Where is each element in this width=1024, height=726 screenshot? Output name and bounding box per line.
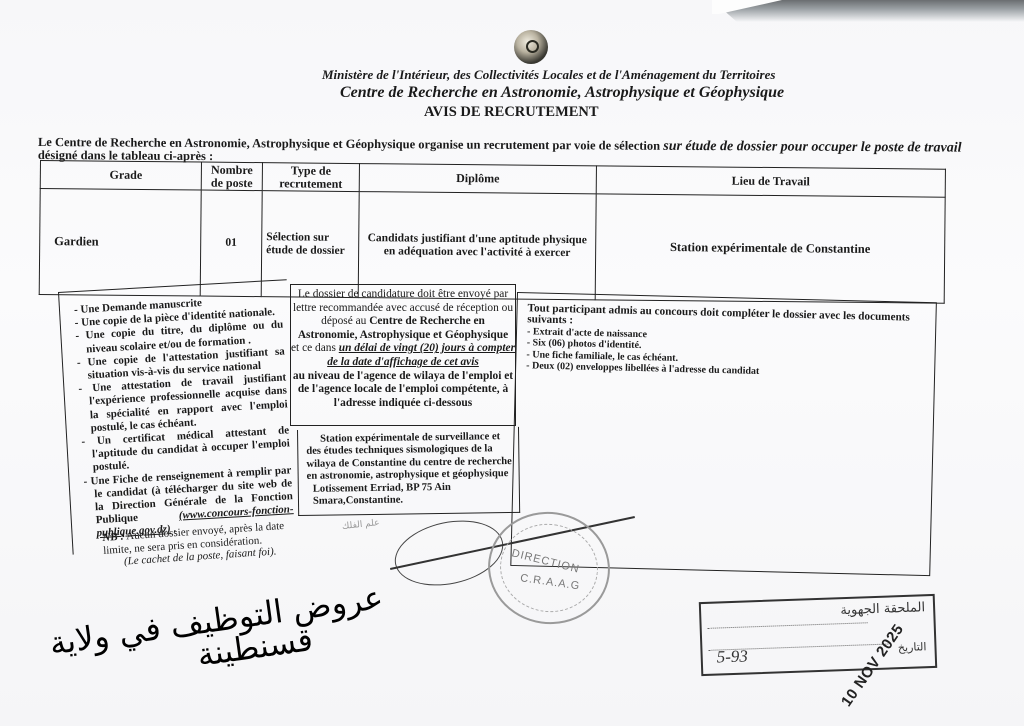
document-page: Ministère de l'Intérieur, des Collectivi… bbox=[0, 0, 1024, 726]
page-title: AVIS DE RECRUTEMENT bbox=[424, 104, 599, 121]
header-type: Type de recrutement bbox=[262, 163, 359, 192]
cell-lieu: Station expérimentale de Constantine bbox=[595, 194, 945, 303]
stamp-craag-text: C.R.A.A.G bbox=[519, 572, 580, 592]
registry-number: 5-93 bbox=[716, 646, 748, 667]
header-nombre: Nombre de poste bbox=[201, 162, 262, 191]
address-street: Lotissement Erriad, BP 75 Ain Smara,Cons… bbox=[307, 481, 513, 509]
ministry-heading: Ministère de l'Intérieur, des Collectivi… bbox=[322, 67, 775, 83]
header-lieu: Lieu de Travail bbox=[596, 166, 945, 197]
nb-label: NB : bbox=[102, 531, 124, 544]
submission-p2: et ce dans bbox=[291, 342, 339, 354]
centre-heading: Centre de Recherche en Astronomie, Astro… bbox=[340, 84, 784, 102]
registry-date-label: التاريخ bbox=[898, 640, 927, 654]
job-table: Grade Nombre de poste Type de recrutemen… bbox=[39, 160, 946, 304]
header-grade: Grade bbox=[40, 161, 201, 191]
oval-stamp-text: علم الفلك bbox=[342, 518, 380, 532]
header-diplome: Diplôme bbox=[359, 164, 596, 194]
admitted-documents-list: Extrait d'acte de naissance Six (06) pho… bbox=[526, 326, 927, 381]
submission-box: Le dossier de candidature doit être envo… bbox=[290, 284, 516, 426]
submission-deadline: un délai de vingt (20) jours à compter d… bbox=[327, 342, 515, 368]
required-documents-list: Une Demande manuscrite Une copie de la p… bbox=[60, 292, 301, 542]
address-station: Station expérimentale de surveillance et… bbox=[306, 431, 513, 483]
cell-grade: Gardien bbox=[39, 189, 201, 297]
registry-header: الملحقة الجهوية bbox=[840, 600, 925, 618]
national-emblem-icon bbox=[514, 30, 548, 64]
address-box: Station expérimentale de surveillance et… bbox=[297, 427, 520, 516]
required-documents-box: Une Demande manuscrite Une copie de la p… bbox=[58, 279, 301, 554]
submission-agency: au niveau de l'agence de wilaya de l'emp… bbox=[293, 370, 513, 409]
intro-italic: sur étude de dossier pour occuper le pos… bbox=[663, 139, 961, 156]
registry-dotted-line bbox=[708, 622, 868, 629]
